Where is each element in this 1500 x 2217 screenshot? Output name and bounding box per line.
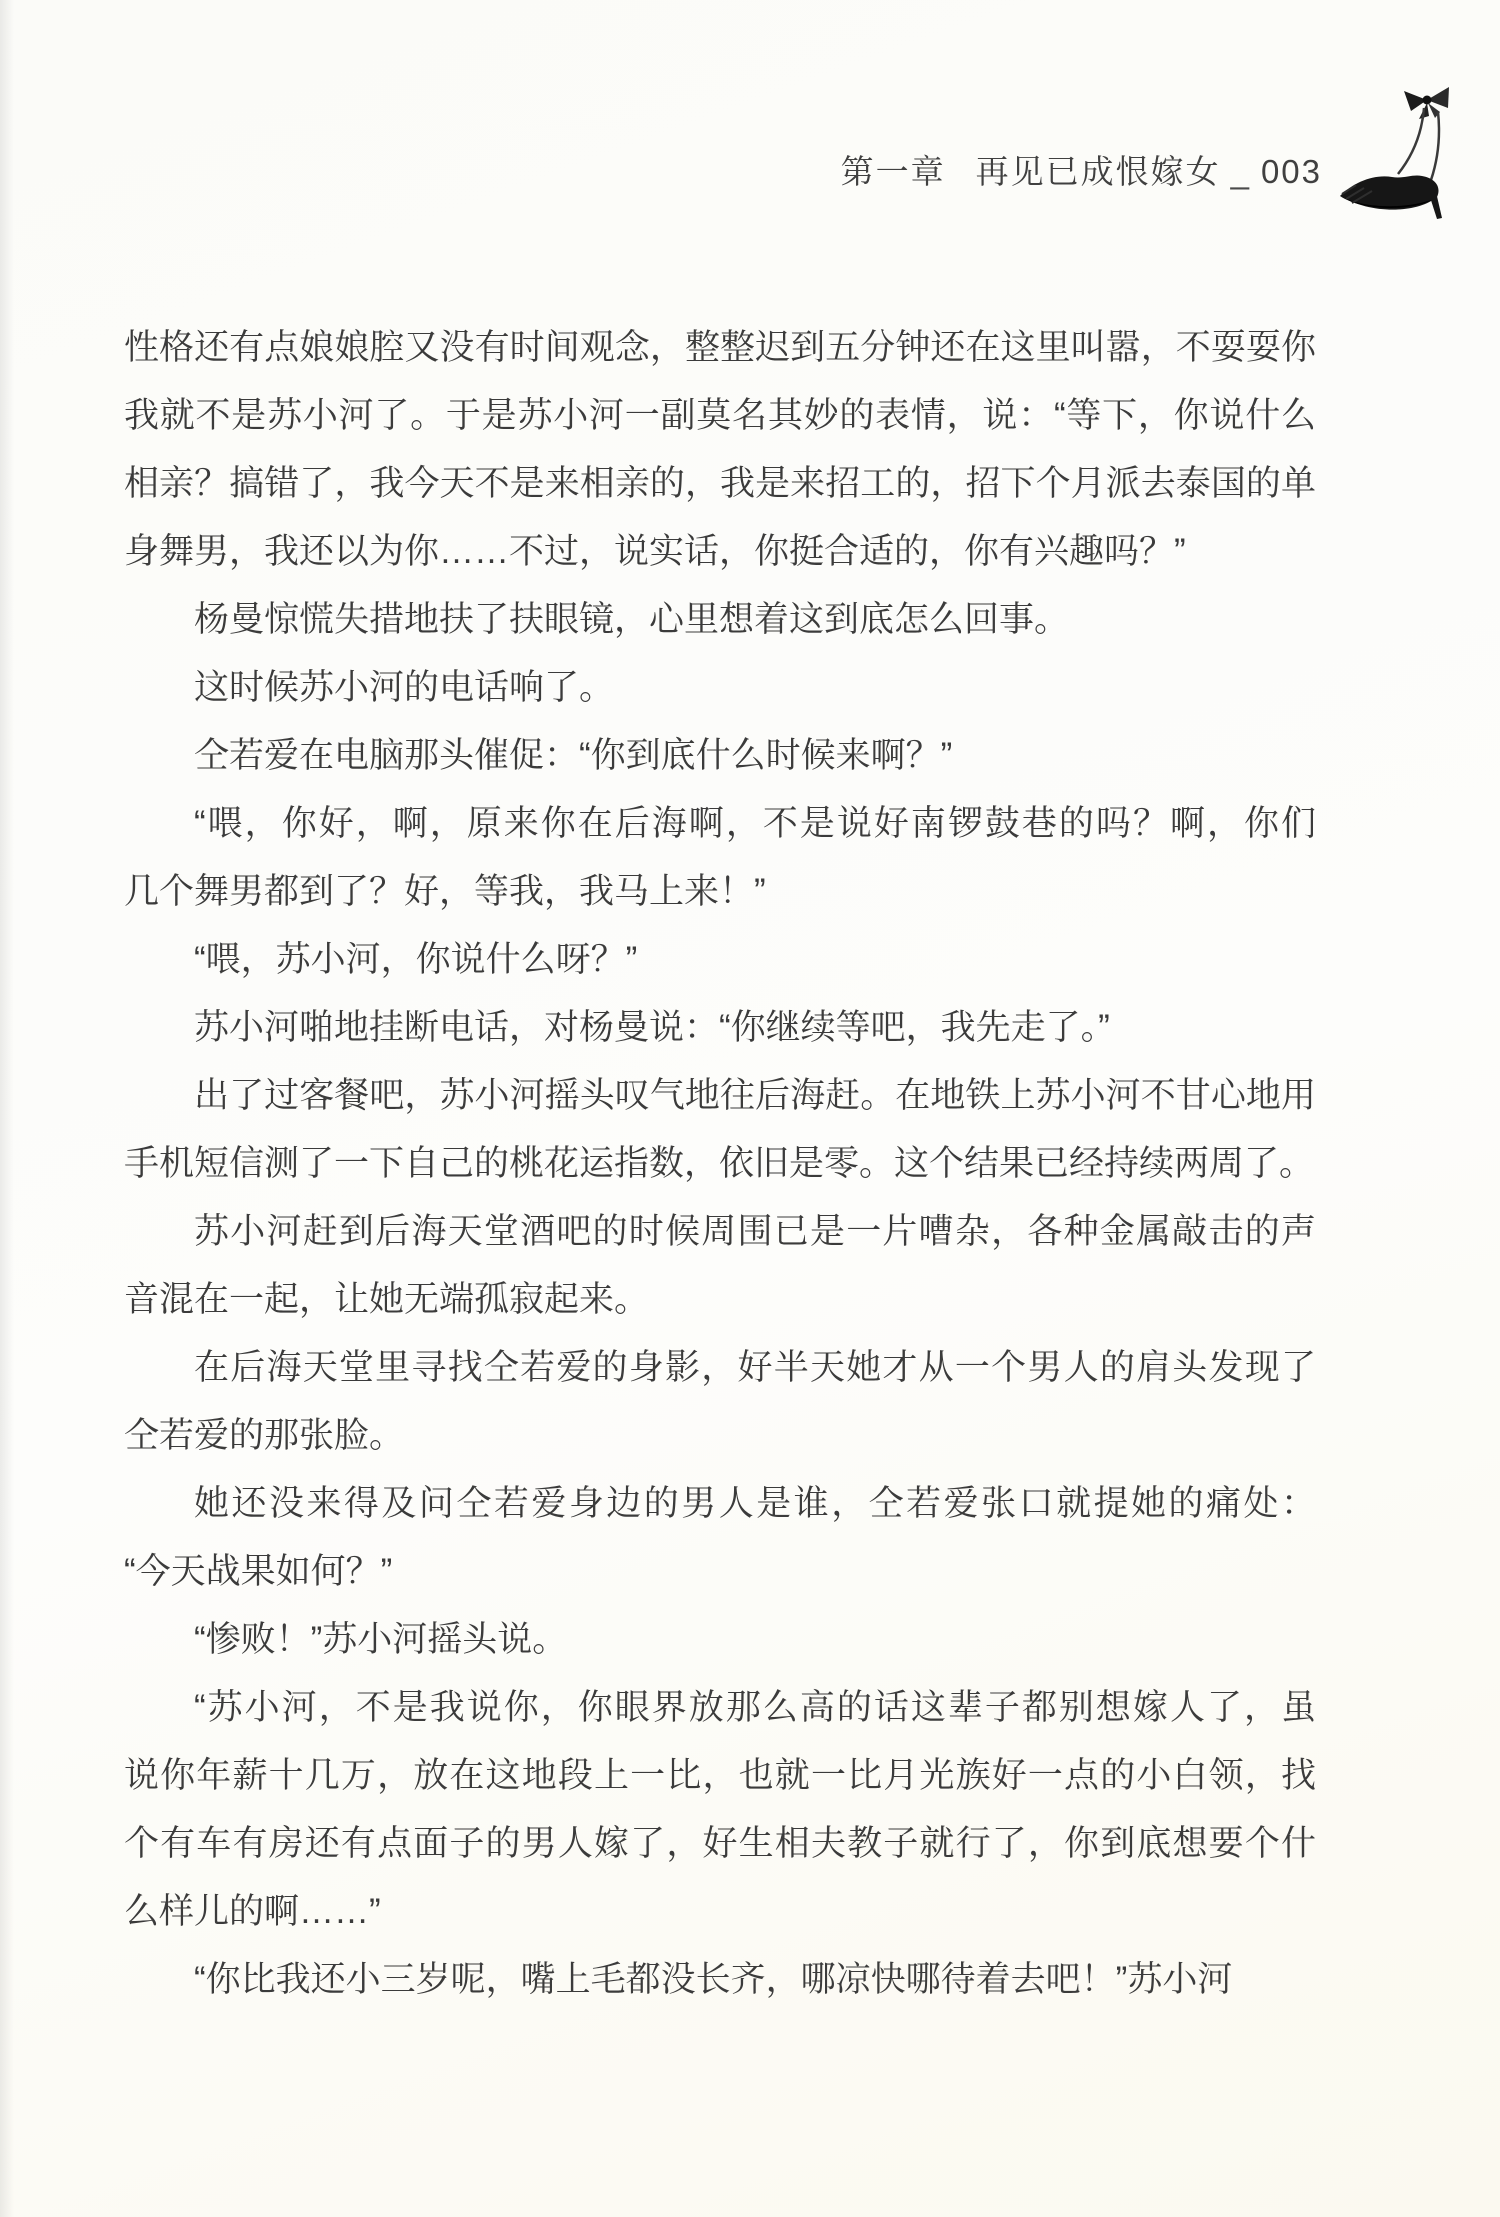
text-line: 这时候苏小河的电话响了。 [124,654,1316,722]
text-line: 出了过客餐吧，苏小河摇头叹气地往后海赶。在地铁上苏小河不甘心地用 [124,1062,1316,1130]
text-line: 性格还有点娘娘腔又没有时间观念，整整迟到五分钟还在这里叫嚣，不耍耍你 [124,314,1316,382]
text-line: “喂，你好，啊，原来你在后海啊，不是说好南锣鼓巷的吗？啊，你们 [124,790,1316,858]
text-line: 苏小河赶到后海天堂酒吧的时候周围已是一片嘈杂，各种金属敲击的声 [124,1198,1316,1266]
text-line: 音混在一起，让她无端孤寂起来。 [124,1266,1316,1334]
text-line: 身舞男，我还以为你……不过，说实话，你挺合适的，你有兴趣吗？” [124,518,1316,586]
text-line: 她还没来得及问仝若爱身边的男人是谁，仝若爱张口就提她的痛处： [124,1470,1316,1538]
text-line: 说你年薪十几万，放在这地段上一比，也就一比月光族好一点的小白领，找 [124,1742,1316,1810]
text-line: 苏小河啪地挂断电话，对杨曼说：“你继续等吧，我先走了。” [124,994,1316,1062]
text-line: “苏小河，不是我说你，你眼界放那么高的话这辈子都别想嫁人了，虽 [124,1674,1316,1742]
text-line: 个有车有房还有点面子的男人嫁了，好生相夫教子就行了，你到底想要个什 [124,1810,1316,1878]
text-line: 相亲？搞错了，我今天不是来相亲的，我是来招工的，招下个月派去泰国的单 [124,450,1316,518]
text-line: “惨败！”苏小河摇头说。 [124,1606,1316,1674]
high-heel-shoe-icon [1334,84,1456,220]
text-line: 手机短信测了一下自己的桃花运指数，依旧是零。这个结果已经持续两周了。 [124,1130,1316,1198]
scan-edge-artifact [0,0,14,2217]
text-line: 杨曼惊慌失措地扶了扶眼镜，心里想着这到底怎么回事。 [124,586,1316,654]
text-line: 几个舞男都到了？好，等我，我马上来！” [124,858,1316,926]
text-line: 仝若爱的那张脸。 [124,1402,1316,1470]
chapter-label: 第一章 [841,153,946,190]
page-number: 003 [1261,153,1322,190]
text-line: 么样儿的啊……” [124,1878,1316,1946]
running-header: 第一章再见已成恨嫁女_003 [0,146,1322,193]
text-line: “今天战果如何？” [124,1538,1316,1606]
text-line: 在后海天堂里寻找仝若爱的身影，好半天她才从一个男人的肩头发现了 [124,1334,1316,1402]
text-line: “你比我还小三岁呢，嘴上毛都没长齐，哪凉快哪待着去吧！”苏小河 [124,1946,1316,2014]
text-line: “喂，苏小河，你说什么呀？” [124,926,1316,994]
header-separator: _ [1231,153,1251,190]
book-page: 第一章再见已成恨嫁女_003 性格还有点娘娘腔又没有时间观念，整整迟到五分钟还在… [0,0,1500,2217]
text-line: 我就不是苏小河了。于是苏小河一副莫名其妙的表情，说：“等下，你说什么 [124,382,1316,450]
text-line: 仝若爱在电脑那头催促：“你到底什么时候来啊？” [124,722,1316,790]
page-body-text: 性格还有点娘娘腔又没有时间观念，整整迟到五分钟还在这里叫嚣，不耍耍你我就不是苏小… [124,314,1316,2014]
chapter-name: 再见已成恨嫁女 [976,153,1221,190]
